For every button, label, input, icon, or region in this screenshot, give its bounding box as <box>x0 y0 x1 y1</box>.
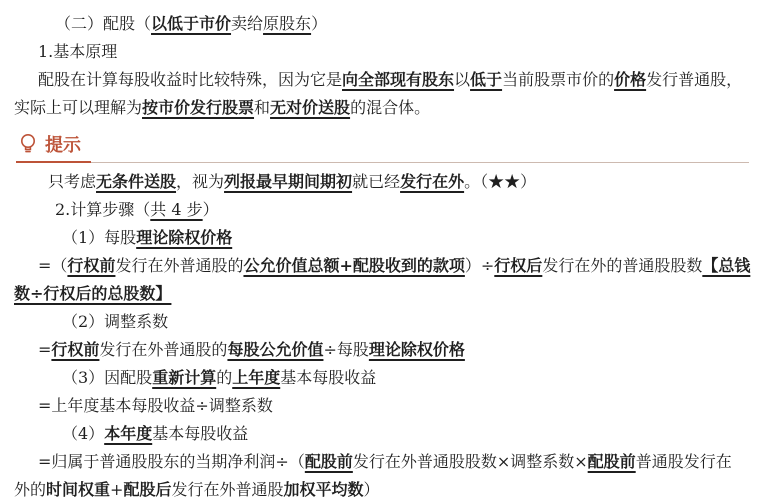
text-segment: 每股公允价值 <box>227 340 323 359</box>
text-segment: =（ <box>38 256 67 275</box>
text-segment: 行权前 <box>67 256 115 275</box>
text-segment: 外的 <box>14 480 46 499</box>
text-segment: 原股东 <box>263 14 311 33</box>
text-segment: 低于 <box>470 70 502 89</box>
text-segment: 。（★★） <box>464 172 536 191</box>
text-segment: 发行在外普通股股数×调整系数× <box>353 452 588 471</box>
formula-4-line-2: 外的时间权重+配股后发行在外普通股加权平均数） <box>14 476 749 500</box>
para-principle-line-2: 实际上可以理解为按市价发行股票和无对价送股的混合体。 <box>14 94 749 122</box>
text-segment: 行权后 <box>494 256 542 275</box>
text-segment: 配股前 <box>588 452 636 471</box>
text-segment: 数÷行权后的总股数】 <box>14 284 171 303</box>
text-segment: 【总钱 <box>702 256 750 275</box>
formula-2: =行权前发行在外普通股的每股公允价值÷每股理论除权价格 <box>14 336 749 364</box>
formula-1-line-1: =（行权前发行在外普通股的公允价值总额+配股收到的款项）÷行权后发行在外的普通股… <box>14 252 749 280</box>
hint-text: 只考虑无条件送股，视为列报最早期间期初就已经发行在外。（★★） <box>14 168 749 196</box>
text-segment: 无对价送股 <box>270 98 350 117</box>
formula-4-line-1: =归属于普通股股东的当期净利润÷（配股前发行在外普通股股数×调整系数×配股前普通… <box>14 448 749 476</box>
text-segment: （1）每股 <box>62 228 136 247</box>
hint-title: 提示 <box>16 131 91 163</box>
text-segment: 发行普通股， <box>646 70 742 89</box>
text-segment: 和 <box>254 98 270 117</box>
text-segment: 发行在外普通股 <box>171 480 283 499</box>
intro-section: （二）配股（以低于市价卖给原股东）1.基本原理配股在计算每股收益时比较特殊，因为… <box>14 10 749 122</box>
text-segment: 按市价发行股票 <box>142 98 254 117</box>
body-section: 只考虑无条件送股，视为列报最早期间期初就已经发行在外。（★★）2.计算步骤（共 … <box>14 168 749 500</box>
text-segment: 基本每股收益 <box>152 424 248 443</box>
text-segment: = <box>38 340 51 359</box>
text-segment: 发行在外的普通股股数 <box>542 256 702 275</box>
step-4-heading: （4）本年度基本每股收益 <box>14 420 749 448</box>
text-segment: 以 <box>454 70 470 89</box>
hint-header: 提示 <box>16 131 749 163</box>
formula-1-line-2: 数÷行权后的总股数】 <box>14 280 749 308</box>
text-segment: 时间权重 <box>46 480 110 499</box>
subheading-basic-principle: 1.基本原理 <box>14 38 749 66</box>
text-segment: 理论除权价格 <box>369 340 465 359</box>
text-segment: 普通股发行在 <box>636 452 732 471</box>
document-page: （二）配股（以低于市价卖给原股东）1.基本原理配股在计算每股收益时比较特殊，因为… <box>0 0 757 500</box>
text-segment: =归属于普通股股东的当期净利润÷（ <box>38 452 305 471</box>
text-segment: =上年度基本每股收益÷调整系数 <box>38 396 273 415</box>
text-segment: （3）因配股 <box>62 368 152 387</box>
text-segment: 本年度 <box>104 424 152 443</box>
formula-3: =上年度基本每股收益÷调整系数 <box>14 392 749 420</box>
text-segment: 只考虑 <box>48 172 96 191</box>
text-segment: （二）配股（ <box>55 14 151 33</box>
text-segment: 发行在外普通股的 <box>115 256 243 275</box>
text-segment: 1.基本原理 <box>38 42 117 61</box>
text-segment: 配股后 <box>123 480 171 499</box>
text-segment: 实际上可以理解为 <box>14 98 142 117</box>
step-1-heading: （1）每股理论除权价格 <box>14 224 749 252</box>
text-segment: 无条件送股 <box>96 172 176 191</box>
text-segment: 向全部现有股东 <box>342 70 454 89</box>
text-segment: 基本每股收益 <box>280 368 376 387</box>
text-segment: ）÷ <box>465 256 494 275</box>
text-segment: 价格 <box>614 70 646 89</box>
text-segment: 列报最早期间期初 <box>224 172 352 191</box>
text-segment: ） <box>203 200 219 219</box>
text-segment: （2）调整系数 <box>62 312 168 331</box>
text-segment: 的混合体。 <box>350 98 430 117</box>
hint-label: 提示 <box>45 131 81 157</box>
text-segment: 以低于市价 <box>151 14 231 33</box>
text-segment: 当前股票市价的 <box>502 70 614 89</box>
heading-rights-issue: （二）配股（以低于市价卖给原股东） <box>14 10 749 38</box>
text-segment: 上年度 <box>232 368 280 387</box>
text-segment: 共 4 步 <box>150 200 202 219</box>
text-segment: 行权前 <box>51 340 99 359</box>
text-segment: 配股前 <box>305 452 353 471</box>
hint-divider <box>91 162 749 163</box>
para-principle-line-1: 配股在计算每股收益时比较特殊，因为它是向全部现有股东以低于当前股票市价的价格发行… <box>14 66 749 94</box>
text-segment: 卖给 <box>231 14 263 33</box>
lightbulb-icon <box>18 133 38 155</box>
text-segment: （4） <box>62 424 104 443</box>
text-segment: ÷每股 <box>323 340 368 359</box>
step-3-heading: （3）因配股重新计算的上年度基本每股收益 <box>14 364 749 392</box>
text-segment: 2.计算步骤（ <box>55 200 150 219</box>
text-segment: 就已经 <box>352 172 400 191</box>
text-segment: + <box>110 480 123 499</box>
text-segment: ，视为 <box>176 172 224 191</box>
text-segment: 配股在计算每股收益时比较特殊，因为它是 <box>38 70 342 89</box>
text-segment: ） <box>311 14 327 33</box>
text-segment: 发行在外普通股的 <box>99 340 227 359</box>
text-segment: 重新计算 <box>152 368 216 387</box>
step-2-heading: （2）调整系数 <box>14 308 749 336</box>
text-segment: 公允价值总额+配股收到的款项 <box>243 256 464 275</box>
text-segment: 的 <box>216 368 232 387</box>
text-segment: ） <box>363 480 379 499</box>
subheading-calculation-steps: 2.计算步骤（共 4 步） <box>14 196 749 224</box>
text-segment: 加权平均数 <box>283 480 363 499</box>
text-segment: 理论除权价格 <box>136 228 232 247</box>
text-segment: 发行在外 <box>400 172 464 191</box>
